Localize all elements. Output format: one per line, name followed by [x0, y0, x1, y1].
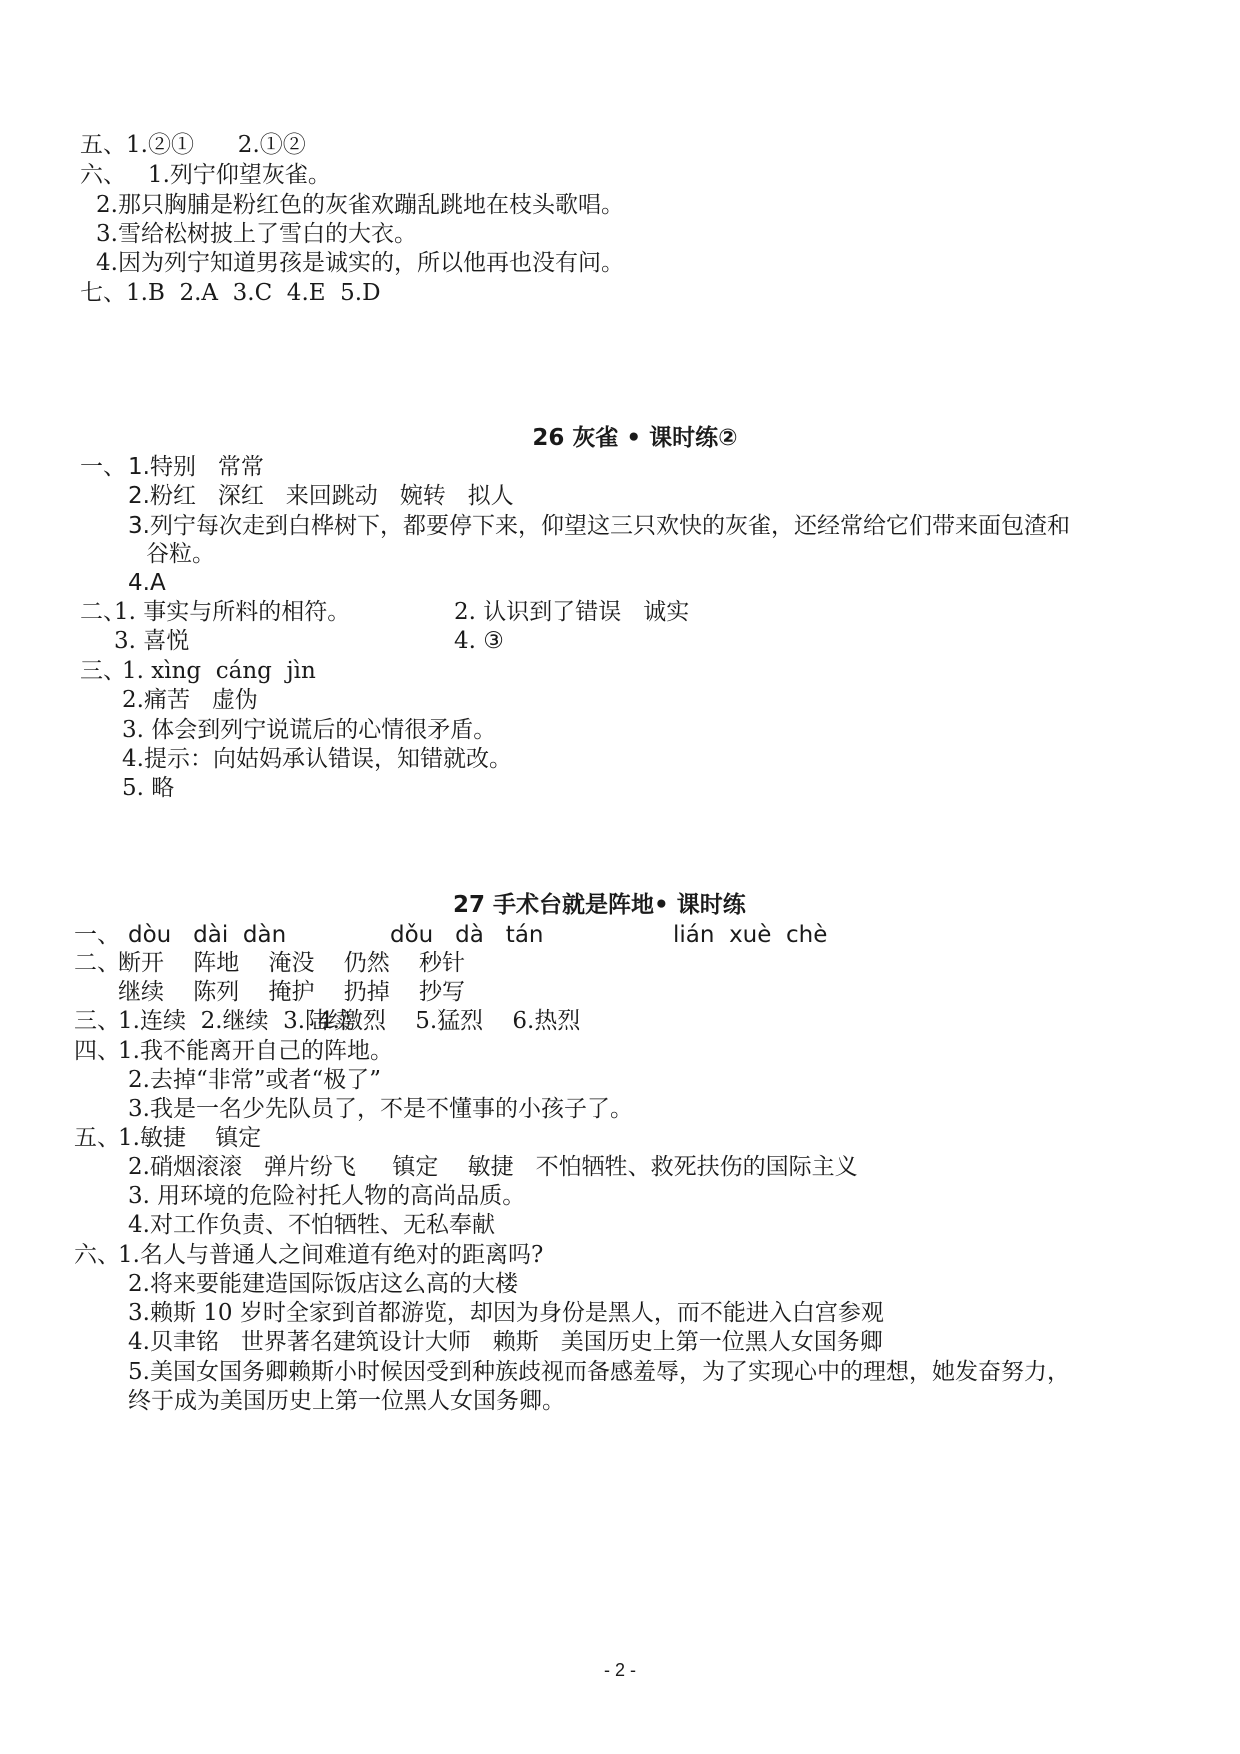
answer-line: 2.那只胸脯是粉红色的灰雀欢蹦乱跳地在枝头歌唱。	[96, 190, 624, 220]
section-title: 27 手术台就是阵地• 课时练	[453, 890, 746, 920]
question-prefix: 一、	[74, 920, 120, 950]
question-prefix: 四、	[74, 1036, 120, 1066]
answer-line: 2.将来要能建造国际饭店这么高的大楼	[128, 1269, 518, 1299]
question-prefix: 三、	[80, 656, 126, 686]
answer-line: 1.特别 常常	[128, 452, 264, 482]
answer-line: 2.去掉“非常”或者“极了”	[128, 1065, 381, 1095]
answer-line: 4.对工作负责、不怕牺牲、无私奉献	[128, 1210, 495, 1240]
answer-line: 4.因为列宁知道男孩是诚实的，所以他再也没有问。	[96, 248, 624, 278]
answer-line: 2. 认识到了错误 诚实	[454, 597, 689, 627]
section-title: 26 灰雀 • 课时练②	[0, 423, 1240, 453]
answer-line: 4.激烈 5.猛烈 6.热烈	[318, 1006, 580, 1036]
answer-line: 谷粒。	[146, 539, 215, 569]
answer-line: 3. 喜悦	[114, 626, 189, 656]
answer-line: 六、 1.列宁仰望灰雀。	[80, 160, 331, 190]
answer-line: 七、1.B 2.A 3.C 4.E 5.D	[80, 278, 381, 308]
answer-line: 4. ③	[454, 626, 504, 656]
answer-line: 3.雪给松树披上了雪白的大衣。	[96, 219, 417, 249]
answer-line: 1.连续 2.继续 3.陆续	[118, 1006, 351, 1036]
answer-line: 1.敏捷 镇定	[118, 1123, 261, 1153]
answer-line: 4.贝聿铭 世界著名建筑设计大师 赖斯 美国历史上第一位黑人女国务卿	[128, 1327, 883, 1357]
answer-line: 1. xìng cáng jìn	[122, 656, 316, 686]
answer-line: 4.A	[128, 568, 166, 598]
answer-line: 3. 体会到列宁说谎后的心情很矛盾。	[122, 715, 496, 745]
pinyin-group: dòu dài dàn	[128, 920, 286, 950]
answer-line: 3.赖斯 10 岁时全家到首都游览，却因为身份是黑人，而不能进入白宫参观	[128, 1298, 884, 1328]
question-prefix: 五、	[74, 1123, 120, 1153]
answer-line: 2.硝烟滚滚 弹片纷飞 镇定 敏捷 不怕牺牲、救死扶伤的国际主义	[128, 1152, 858, 1182]
answer-line: 3. 用环境的危险衬托人物的高尚品质。	[128, 1181, 525, 1211]
answer-line: 4.提示：向姑妈承认错误，知错就改。	[122, 744, 512, 774]
answer-line: 2.粉红 深红 来回跳动 婉转 拟人	[128, 481, 514, 511]
question-prefix: 二、	[74, 948, 120, 978]
answer-line: 3.列宁每次走到白桦树下，都要停下来，仰望这三只欢快的灰雀，还经常给它们带来面包…	[128, 511, 1070, 541]
question-prefix: 一、	[80, 452, 126, 482]
answer-line: 终于成为美国历史上第一位黑人女国务卿。	[128, 1386, 565, 1416]
answer-line: 2.痛苦 虚伪	[122, 685, 258, 715]
answer-line: 五、1.②① 2.①②	[80, 130, 306, 160]
question-prefix: 三、	[74, 1006, 120, 1036]
answer-line: 5.美国女国务卿赖斯小时候因受到种族歧视而备感羞辱，为了实现心中的理想，她发奋努…	[128, 1357, 1070, 1387]
answer-line: 1.名人与普通人之间难道有绝对的距离吗?	[118, 1240, 543, 1270]
word-row: 断开 阵地 淹没 仍然 秒针	[118, 948, 465, 978]
answer-line: 5. 略	[122, 773, 174, 803]
answer-line: 1.我不能离开自己的阵地。	[118, 1036, 393, 1066]
pinyin-group: lián xuè chè	[673, 920, 827, 950]
page-number: - 2 -	[0, 1660, 1240, 1681]
word-row: 继续 陈列 掩护 扔掉 抄写	[118, 977, 465, 1007]
answer-line: 1. 事实与所料的相符。	[114, 597, 350, 627]
question-prefix: 六、	[74, 1240, 120, 1270]
pinyin-group: dǒu dà tán	[390, 920, 544, 950]
answer-line: 3.我是一名少先队员了，不是不懂事的小孩子了。	[128, 1094, 633, 1124]
